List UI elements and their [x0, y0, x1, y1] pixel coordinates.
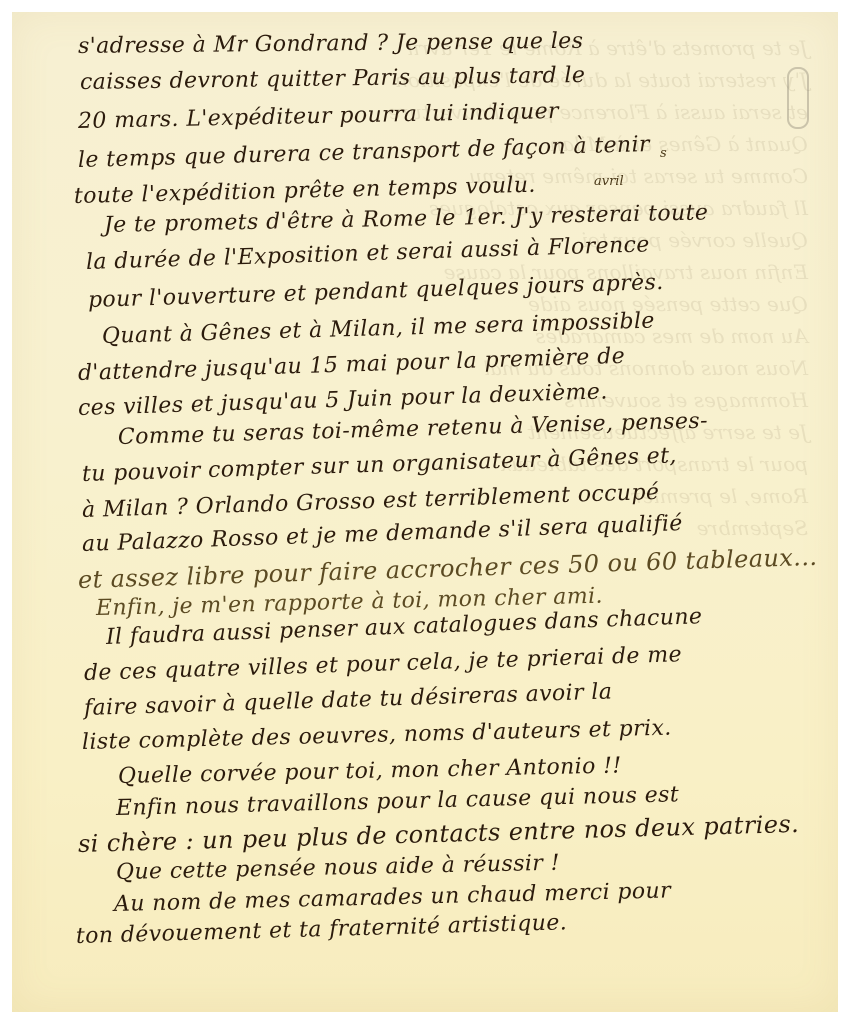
letter-line-7: la durée de l'Exposition et serai aussi …: [86, 232, 650, 275]
letter-line-2: caisses devront quitter Paris au plus ta…: [80, 63, 586, 95]
insertion-avril: avril: [594, 174, 624, 189]
letter-line-3: 20 mars. L'expéditeur pourra lui indique…: [78, 99, 559, 134]
letter-line-8: pour l'ouverture et pendant quelques jou…: [88, 270, 664, 313]
letter-line-21: liste complète des oeuvres, noms d'auteu…: [82, 716, 672, 755]
letter-line-25: Que cette pensée nous aide à réussir !: [116, 851, 560, 885]
letter-line-13: tu pouvoir compter sur un organisateur à…: [82, 443, 678, 487]
letter-line-9: Quant à Gênes et à Milan, il me sera imp…: [102, 309, 655, 349]
letter-line-5: toute l'expédition prête en temps voulu.: [74, 173, 536, 209]
letter-line-26: Au nom de mes camarades un chaud merci p…: [114, 878, 672, 917]
letter-line-20: faire savoir à quelle date tu désireras …: [84, 679, 613, 721]
letter-page: Je te promets d'être à Rome le 1er avril…: [12, 12, 838, 1012]
letter-line-22: Quelle corvée pour toi, mon cher Antonio…: [118, 753, 622, 789]
letter-line-10: d'attendre jusqu'au 15 mai pour la premi…: [78, 344, 626, 386]
letter-body: s'adresse à Mr Gondrand ? Je pense que l…: [12, 12, 838, 1012]
letter-line-1: s'adresse à Mr Gondrand ? Je pense que l…: [78, 29, 584, 59]
insertion-s: s: [660, 146, 667, 161]
letter-line-4: le temps que durera ce transport de faço…: [78, 132, 651, 173]
